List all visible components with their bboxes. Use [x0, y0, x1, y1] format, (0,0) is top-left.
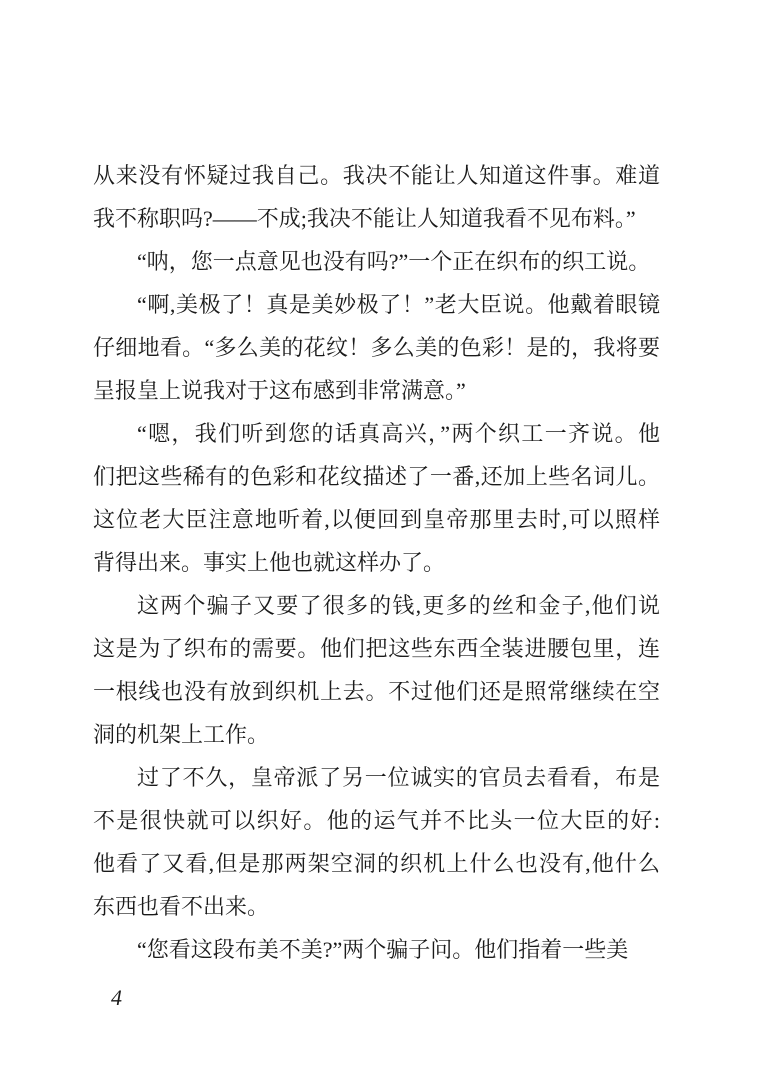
text-line: “啊,美极了！真是美妙极了！”老大臣说。他戴着眼镜 — [93, 283, 660, 326]
text-line: 不是很快就可以织好。他的运气并不比头一位大臣的好: — [93, 799, 660, 842]
page-number: 4 — [111, 985, 122, 1011]
text-line: 呈报皇上说我对于这布感到非常满意。” — [93, 369, 660, 412]
text-line: 这是为了织布的需要。他们把这些东西全装进腰包里，连 — [93, 627, 660, 670]
text-line: “呐，您一点意见也没有吗?”一个正在织布的织工说。 — [93, 240, 660, 283]
story-text: 从来没有怀疑过我自己。我决不能让人知道这件事。难道我不称职吗?——不成;我决不能… — [93, 154, 660, 971]
text-line: 我不称职吗?——不成;我决不能让人知道我看不见布料。” — [93, 197, 660, 240]
text-line: 他看了又看,但是那两架空洞的织机上什么也没有,他什么 — [93, 842, 660, 885]
text-line: “您看这段布美不美?”两个骗子问。他们指着一些美 — [93, 928, 660, 971]
text-line: 过了不久，皇帝派了另一位诚实的官员去看看，布是 — [93, 756, 660, 799]
text-line: 们把这些稀有的色彩和花纹描述了一番,还加上些名词儿。 — [93, 455, 660, 498]
text-line: 洞的机架上工作。 — [93, 713, 660, 756]
text-line: 这两个骗子又要了很多的钱,更多的丝和金子,他们说 — [93, 584, 660, 627]
text-line: 这位老大臣注意地听着,以便回到皇帝那里去时,可以照样 — [93, 498, 660, 541]
text-line: “嗯，我们听到您的话真高兴，”两个织工一齐说。他 — [93, 412, 660, 455]
text-line: 从来没有怀疑过我自己。我决不能让人知道这件事。难道 — [93, 154, 660, 197]
text-line: 背得出来。事实上他也就这样办了。 — [93, 541, 660, 584]
text-line: 东西也看不出来。 — [93, 885, 660, 928]
book-page: 从来没有怀疑过我自己。我决不能让人知道这件事。难道我不称职吗?——不成;我决不能… — [0, 0, 767, 1086]
text-line: 一根线也没有放到织机上去。不过他们还是照常继续在空 — [93, 670, 660, 713]
text-line: 仔细地看。“多么美的花纹！多么美的色彩！是的，我将要 — [93, 326, 660, 369]
